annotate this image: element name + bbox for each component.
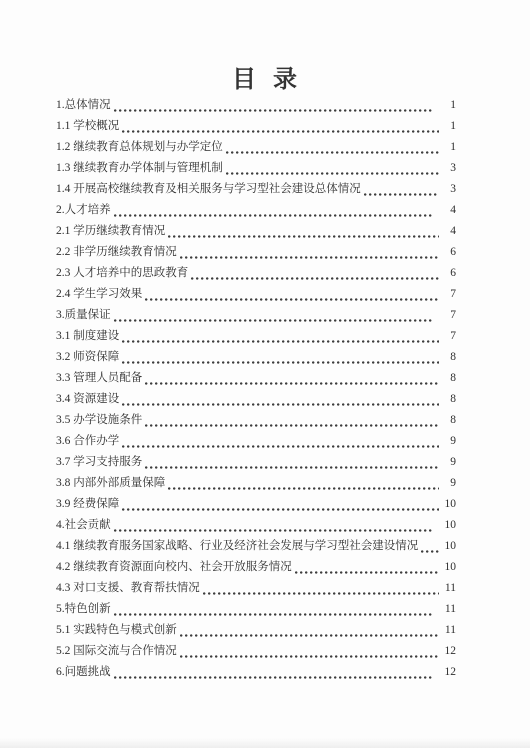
toc-entry-label: 3.4 资源建设 bbox=[56, 389, 119, 410]
toc-entry-label: 2.人才培养 bbox=[56, 200, 111, 221]
toc-entry-label: 3.5 办学设施条件 bbox=[56, 410, 142, 431]
toc-entry-label: 4.2 继续教育资源面向校内、社会开放服务情况 bbox=[56, 557, 292, 578]
dot-leader bbox=[145, 382, 439, 385]
toc-entry-page: 4 bbox=[442, 221, 456, 242]
toc-entry: 2.1 学历继续教育情况 4 bbox=[56, 221, 456, 242]
toc-entry: 3.9 经费保障 10 bbox=[56, 494, 456, 515]
toc-entry: 3.6 合作办学 9 bbox=[56, 431, 456, 452]
toc-entry-page: 9 bbox=[442, 452, 456, 473]
toc-entry: 1.1 学校概况 1 bbox=[56, 116, 456, 137]
toc-entry-page: 9 bbox=[442, 473, 456, 494]
toc-entry: 4.3 对口支援、教育帮扶情况 11 bbox=[56, 578, 456, 599]
toc-entry-page: 10 bbox=[442, 536, 456, 557]
toc-entry-label: 3.质量保证 bbox=[56, 305, 111, 326]
toc-entry-page: 3 bbox=[442, 158, 456, 179]
toc-entry: 5.2 国际交流与合作情况 12 bbox=[56, 641, 456, 662]
toc-entry: 4.社会贡献 10 bbox=[56, 515, 456, 536]
dot-leader bbox=[122, 340, 439, 343]
toc-entry: 5.1 实践特色与模式创新 11 bbox=[56, 620, 456, 641]
toc-entry: 1.2 继续教育总体规划与办学定位 1 bbox=[56, 137, 456, 158]
toc-entry-page: 3 bbox=[442, 179, 456, 200]
toc-entry-label: 3.6 合作办学 bbox=[56, 431, 119, 452]
toc-entry: 3.3 管理人员配备 8 bbox=[56, 368, 456, 389]
toc-entry: 2.人才培养 4 bbox=[56, 200, 456, 221]
toc-entry: 3.7 学习支持服务 9 bbox=[56, 452, 456, 473]
toc-entry-label: 3.9 经费保障 bbox=[56, 494, 119, 515]
toc-entry-page: 7 bbox=[442, 305, 456, 326]
toc-entry-page: 10 bbox=[442, 515, 456, 536]
toc-entry: 1.3 继续教育办学体制与管理机制 3 bbox=[56, 158, 456, 179]
dot-leader bbox=[145, 466, 439, 469]
toc-entry-label: 1.4 开展高校继续教育及相关服务与学习型社会建设总体情况 bbox=[56, 179, 361, 200]
dot-leader bbox=[421, 550, 439, 553]
toc-entry: 3.5 办学设施条件 8 bbox=[56, 410, 456, 431]
toc-entry-label: 1.3 继续教育办学体制与管理机制 bbox=[56, 158, 223, 179]
document-page: 目 录 1.总体情况 1 1.1 学校概况 1 1.2 继续教育总体规划与办学定… bbox=[0, 0, 530, 748]
dot-leader bbox=[180, 655, 439, 658]
toc-entry: 3.质量保证 7 bbox=[56, 305, 456, 326]
toc-entry: 3.2 师资保障 8 bbox=[56, 347, 456, 368]
toc-entry: 1.总体情况 1 bbox=[56, 95, 456, 116]
toc-entry-label: 3.7 学习支持服务 bbox=[56, 452, 142, 473]
toc-entry: 4.2 继续教育资源面向校内、社会开放服务情况 10 bbox=[56, 557, 456, 578]
toc-entry-label: 6.问题挑战 bbox=[56, 662, 111, 683]
toc-entry-label: 2.1 学历继续教育情况 bbox=[56, 221, 165, 242]
toc-entry-label: 3.3 管理人员配备 bbox=[56, 368, 142, 389]
dot-leader bbox=[114, 613, 432, 616]
toc-entry-label: 4.3 对口支援、教育帮扶情况 bbox=[56, 578, 200, 599]
dot-leader bbox=[114, 676, 432, 679]
toc-entry-label: 2.4 学生学习效果 bbox=[56, 284, 142, 305]
dot-leader bbox=[114, 319, 432, 322]
toc-entry-page: 11 bbox=[442, 599, 456, 620]
dot-leader bbox=[364, 193, 439, 196]
toc-entry-page: 1 bbox=[442, 95, 456, 116]
toc-entry: 2.3 人才培养中的思政教育 6 bbox=[56, 263, 456, 284]
page-title: 目 录 bbox=[0, 66, 530, 94]
toc-entry-label: 4.社会贡献 bbox=[56, 515, 111, 536]
toc-entry-label: 1.总体情况 bbox=[56, 95, 111, 116]
toc-entry: 1.4 开展高校继续教育及相关服务与学习型社会建设总体情况 3 bbox=[56, 179, 456, 200]
toc-entry-page: 1 bbox=[442, 116, 456, 137]
toc-entry: 3.8 内部外部质量保障 9 bbox=[56, 473, 456, 494]
toc-entry-label: 4.1 继续教育服务国家战略、行业及经济社会发展与学习型社会建设情况 bbox=[56, 536, 418, 557]
toc-entry: 2.4 学生学习效果 7 bbox=[56, 284, 456, 305]
dot-leader bbox=[180, 256, 439, 259]
dot-leader bbox=[114, 214, 432, 217]
toc-entry-page: 7 bbox=[442, 284, 456, 305]
dot-leader bbox=[180, 634, 439, 637]
toc-entry-label: 5.2 国际交流与合作情况 bbox=[56, 641, 177, 662]
toc-entry: 6.问题挑战 12 bbox=[56, 662, 456, 683]
toc-entry-label: 2.3 人才培养中的思政教育 bbox=[56, 263, 188, 284]
toc-entry: 4.1 继续教育服务国家战略、行业及经济社会发展与学习型社会建设情况 10 bbox=[56, 536, 456, 557]
toc-entry-page: 11 bbox=[442, 620, 456, 641]
dot-leader bbox=[122, 445, 439, 448]
toc-entry-page: 8 bbox=[442, 389, 456, 410]
toc-entry: 3.1 制度建设 7 bbox=[56, 326, 456, 347]
toc-entry: 2.2 非学历继续教育情况 6 bbox=[56, 242, 456, 263]
dot-leader bbox=[295, 571, 439, 574]
toc-list: 1.总体情况 1 1.1 学校概况 1 1.2 继续教育总体规划与办学定位 1 … bbox=[56, 95, 456, 683]
toc-entry-label: 3.8 内部外部质量保障 bbox=[56, 473, 165, 494]
toc-entry-page: 7 bbox=[442, 326, 456, 347]
dot-leader bbox=[114, 109, 432, 112]
dot-leader bbox=[122, 508, 439, 511]
toc-entry-page: 8 bbox=[442, 347, 456, 368]
toc-entry: 5.特色创新 11 bbox=[56, 599, 456, 620]
toc-entry-page: 6 bbox=[442, 242, 456, 263]
toc-entry-page: 6 bbox=[442, 263, 456, 284]
toc-entry-page: 8 bbox=[442, 368, 456, 389]
dot-leader bbox=[191, 277, 439, 280]
toc-entry-page: 1 bbox=[442, 137, 456, 158]
toc-entry-page: 12 bbox=[442, 641, 456, 662]
dot-leader bbox=[226, 151, 439, 154]
dot-leader bbox=[168, 235, 439, 238]
toc-entry-label: 3.1 制度建设 bbox=[56, 326, 119, 347]
toc-entry-label: 5.特色创新 bbox=[56, 599, 111, 620]
dot-leader bbox=[145, 424, 439, 427]
dot-leader bbox=[168, 487, 439, 490]
toc-entry-label: 1.2 继续教育总体规划与办学定位 bbox=[56, 137, 223, 158]
toc-entry-label: 2.2 非学历继续教育情况 bbox=[56, 242, 177, 263]
toc-entry-label: 5.1 实践特色与模式创新 bbox=[56, 620, 177, 641]
toc-entry-page: 10 bbox=[442, 557, 456, 578]
toc-entry-label: 3.2 师资保障 bbox=[56, 347, 119, 368]
toc-entry-page: 9 bbox=[442, 431, 456, 452]
dot-leader bbox=[203, 592, 439, 595]
toc-entry-page: 11 bbox=[442, 578, 456, 599]
dot-leader bbox=[122, 403, 439, 406]
toc-entry-page: 12 bbox=[442, 662, 456, 683]
dot-leader bbox=[122, 361, 439, 364]
toc-entry: 3.4 资源建设 8 bbox=[56, 389, 456, 410]
toc-entry-page: 4 bbox=[442, 200, 456, 221]
toc-entry-label: 1.1 学校概况 bbox=[56, 116, 119, 137]
dot-leader bbox=[145, 298, 439, 301]
toc-entry-page: 10 bbox=[442, 494, 456, 515]
toc-entry-page: 8 bbox=[442, 410, 456, 431]
dot-leader bbox=[226, 172, 439, 175]
dot-leader bbox=[114, 529, 432, 532]
dot-leader bbox=[122, 130, 439, 133]
